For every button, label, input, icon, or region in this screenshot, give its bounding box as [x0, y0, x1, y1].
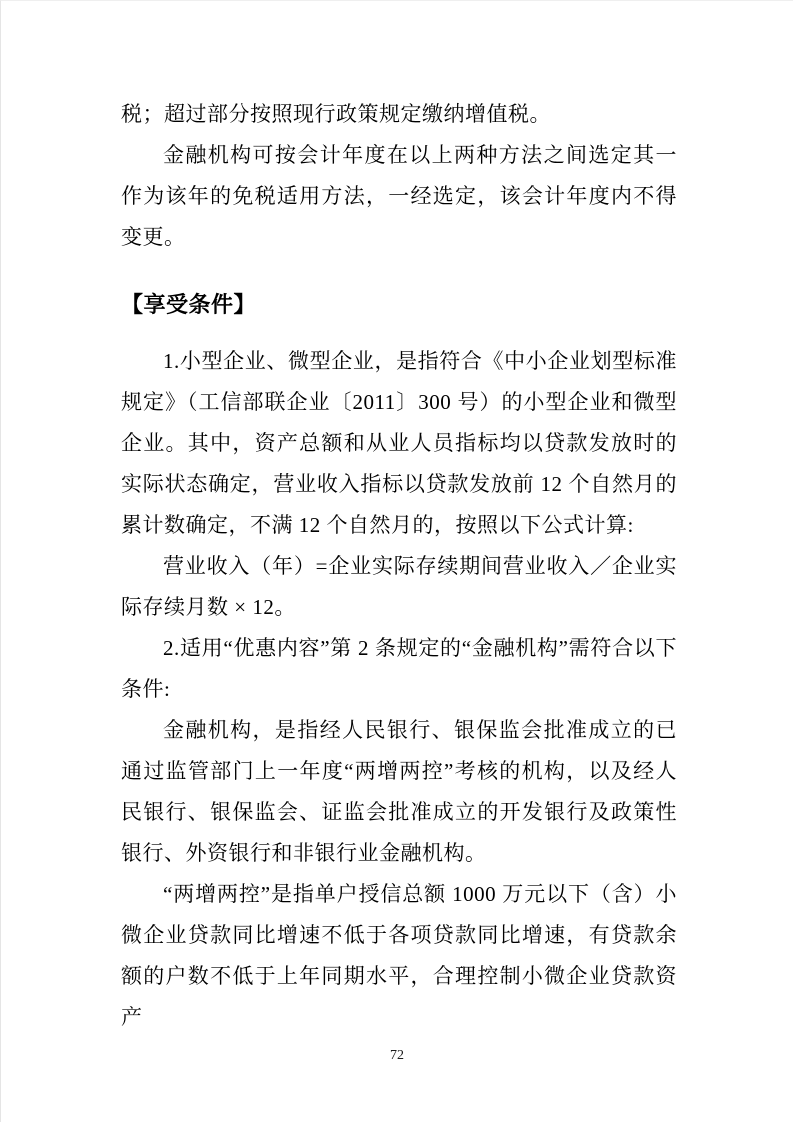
paragraph-continuation: 税；超过部分按照现行政策规定缴纳增值税。: [121, 94, 677, 135]
paragraph-financial-institution-definition: 金融机构，是指经人民银行、银保监会批准成立的已通过监管部门上一年度“两增两控”考…: [121, 710, 677, 874]
paragraph-revenue-formula: 营业收入（年）=企业实际存续期间营业收入／企业实际存续月数 × 12。: [121, 546, 677, 628]
document-page: 税；超过部分按照现行政策规定缴纳增值税。 金融机构可按会计年度在以上两种方法之间…: [0, 0, 793, 1122]
page-number: 72: [1, 1048, 793, 1064]
paragraph-item-1-definition: 1.小型企业、微型企业，是指符合《中小企业划型标准规定》（工信部联企业〔2011…: [121, 341, 677, 546]
paragraph-two-increase-two-control: “两增两控”是指单户授信总额 1000 万元以下（含）小微企业贷款同比增速不低于…: [121, 874, 677, 1038]
section-heading-conditions: 【享受条件】: [121, 284, 677, 325]
paragraph-item-2-conditions: 2.适用“优惠内容”第 2 条规定的“金融机构”需符合以下条件:: [121, 628, 677, 710]
paragraph-method-selection: 金融机构可按会计年度在以上两种方法之间选定其一作为该年的免税适用方法，一经选定，…: [121, 135, 677, 258]
